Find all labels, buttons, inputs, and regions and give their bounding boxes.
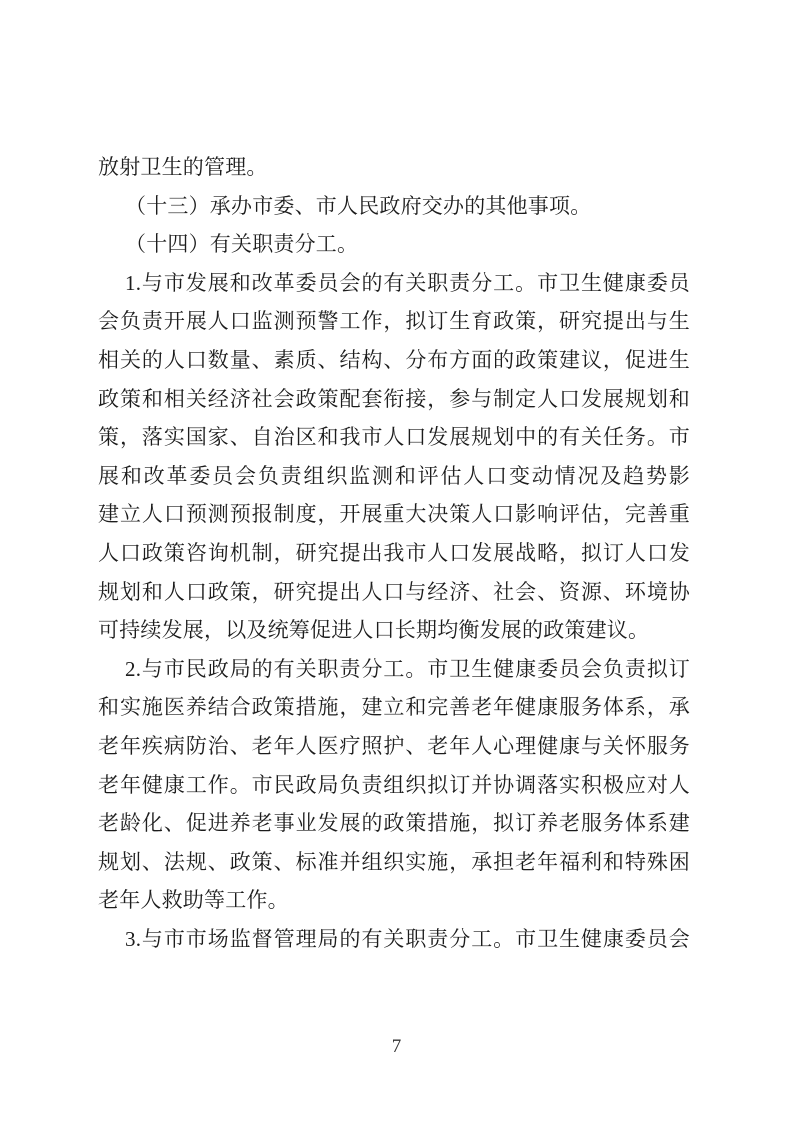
text-line: 会负责开展人口监测预警工作，拟订生育政策，研究提出与生育 (98, 302, 690, 341)
text-line: 放射卫生的管理。 (98, 148, 690, 187)
text-line: 1.与市发展和改革委员会的有关职责分工。市卫生健康委员 (98, 264, 690, 303)
text-line: 3.与市市场监督管理局的有关职责分工。市卫生健康委员会 (98, 920, 690, 959)
document-page: 放射卫生的管理。（十三）承办市委、市人民政府交办的其他事项。（十四）有关职责分工… (0, 0, 793, 1122)
document-body: 放射卫生的管理。（十三）承办市委、市人民政府交办的其他事项。（十四）有关职责分工… (98, 148, 690, 958)
text-line: 规划和人口政策，研究提出人口与经济、社会、资源、环境协调 (98, 573, 690, 612)
text-line: 老年健康工作。市民政局负责组织拟订并协调落实积极应对人口 (98, 766, 690, 805)
text-line: 老年人救助等工作。 (98, 881, 690, 920)
text-line: 策，落实国家、自治区和我市人口发展规划中的有关任务。市发 (98, 418, 690, 457)
text-line: 2.与市民政局的有关职责分工。市卫生健康委员会负责拟订 (98, 650, 690, 689)
text-line: 和实施医养结合政策措施，建立和完善老年健康服务体系，承担 (98, 688, 690, 727)
text-line: （十三）承办市委、市人民政府交办的其他事项。 (98, 187, 690, 226)
page-number: 7 (0, 1036, 793, 1058)
text-line: 人口政策咨询机制，研究提出我市人口发展战略，拟订人口发展 (98, 534, 690, 573)
text-line: 可持续发展，以及统筹促进人口长期均衡发展的政策建议。 (98, 611, 690, 650)
text-line: 展和改革委员会负责组织监测和评估人口变动情况及趋势影响， (98, 457, 690, 496)
text-line: 政策和相关经济社会政策配套衔接，参与制定人口发展规划和政 (98, 380, 690, 419)
text-line: 建立人口预测预报制度，开展重大决策人口影响评估，完善重大 (98, 495, 690, 534)
text-line: 老年疾病防治、老年人医疗照护、老年人心理健康与关怀服务等 (98, 727, 690, 766)
text-line: 老龄化、促进养老事业发展的政策措施，拟订养老服务体系建设 (98, 804, 690, 843)
text-line: （十四）有关职责分工。 (98, 225, 690, 264)
text-line: 规划、法规、政策、标准并组织实施，承担老年福利和特殊困难 (98, 843, 690, 882)
text-line: 相关的人口数量、素质、结构、分布方面的政策建议，促进生育 (98, 341, 690, 380)
